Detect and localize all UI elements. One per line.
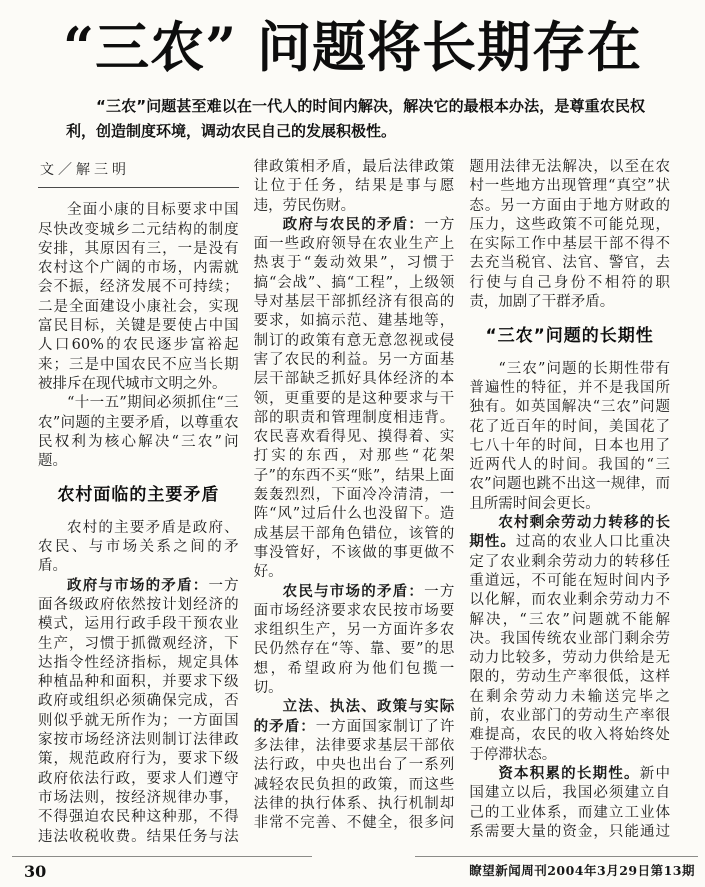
footer-journal-info: 瞭望新闻周刊2004年3月29日第13期: [469, 861, 695, 879]
article-body: 文／解三明 全面小康的目标要求中国尽快改变城乡二元结构的制度安排，其原因有三，一…: [38, 158, 670, 852]
paragraph-text: “三农”问题的长期性带有普遍性的特征，并不是我国所独有。如英国解决“三农”问题花…: [469, 361, 670, 512]
paragraph: 政府与农民的矛盾：一方面一些政府领导在农业生产上热衷于“轰动效果”，习惯于搞“会…: [254, 216, 455, 583]
article-title: “三农” 问题将长期存在: [0, 0, 705, 78]
paragraph-text: 农村的主要矛盾是政府、农民、与市场关系之间的矛盾。: [38, 520, 239, 575]
standfirst: “三农”问题甚至难以在一代人的时间内解决，解决它的最根本办法，是尊重农民权利，创…: [66, 94, 645, 144]
paragraph-text: 一方面市场经济要求农民按市场要求组织生产，另一方面许多农民仍然存在“等、靠、要”…: [254, 584, 455, 696]
footer-divider-left: [12, 856, 312, 857]
paragraph-text: 全面小康的目标要求中国尽快改变城乡二元结构的制度安排，其原因有三，一是没有农村这…: [38, 202, 239, 392]
byline: 文／解三明: [38, 158, 239, 188]
paragraph-lead: 政府与市场的矛盾：: [67, 578, 208, 594]
paragraph: 农村的主要矛盾是政府、农民、与市场关系之间的矛盾。: [38, 519, 239, 577]
paragraph: “三农”问题的长期性带有普遍性的特征，并不是我国所独有。如英国解决“三农”问题花…: [469, 360, 670, 514]
section-heading-long-term-nature: “三农”问题的长期性: [469, 327, 670, 346]
paragraph: “十一五”期间必须抓住“三农”问题的主要矛盾，以尊重农民权利为核心解决“三农”问…: [38, 394, 239, 471]
paragraph-text: “十一五”期间必须抓住“三农”问题的主要矛盾，以尊重农民权利为核心解决“三农”问…: [38, 395, 239, 469]
paragraph: 农村剩余劳动力转移的长期性。过高的农业人口比重决定了农业剩余劳动力的转移任重道远…: [469, 514, 670, 765]
paragraph: 全面小康的目标要求中国尽快改变城乡二元结构的制度安排，其原因有三，一是没有农村这…: [38, 201, 239, 394]
section-heading-main-contradictions: 农村面临的主要矛盾: [38, 486, 239, 505]
paragraph-text: 一方面一些政府领导在农业生产上热衷于“轰动效果”，习惯于搞“会战”、搞“工程”，…: [254, 217, 455, 580]
paragraph-lead: 政府与农民的矛盾：: [283, 217, 424, 233]
magazine-page: “三农” 问题将长期存在 “三农”问题甚至难以在一代人的时间内解决，解决它的最根…: [0, 0, 705, 887]
paragraph-lead: 资本积累的长期性。: [498, 766, 639, 782]
page-number: 30: [24, 862, 46, 881]
footer-divider-right: [415, 856, 698, 857]
paragraph-lead: 农民与市场的矛盾：: [283, 584, 424, 600]
paragraph: 农民与市场的矛盾：一方面市场经济要求农民按市场要求组织生产，另一方面许多农民仍然…: [254, 583, 455, 699]
paragraph-text: 过高的农业人口比重决定了农业剩余劳动力的转移任重道远，不可能在短时间内予以化解，…: [469, 534, 670, 762]
